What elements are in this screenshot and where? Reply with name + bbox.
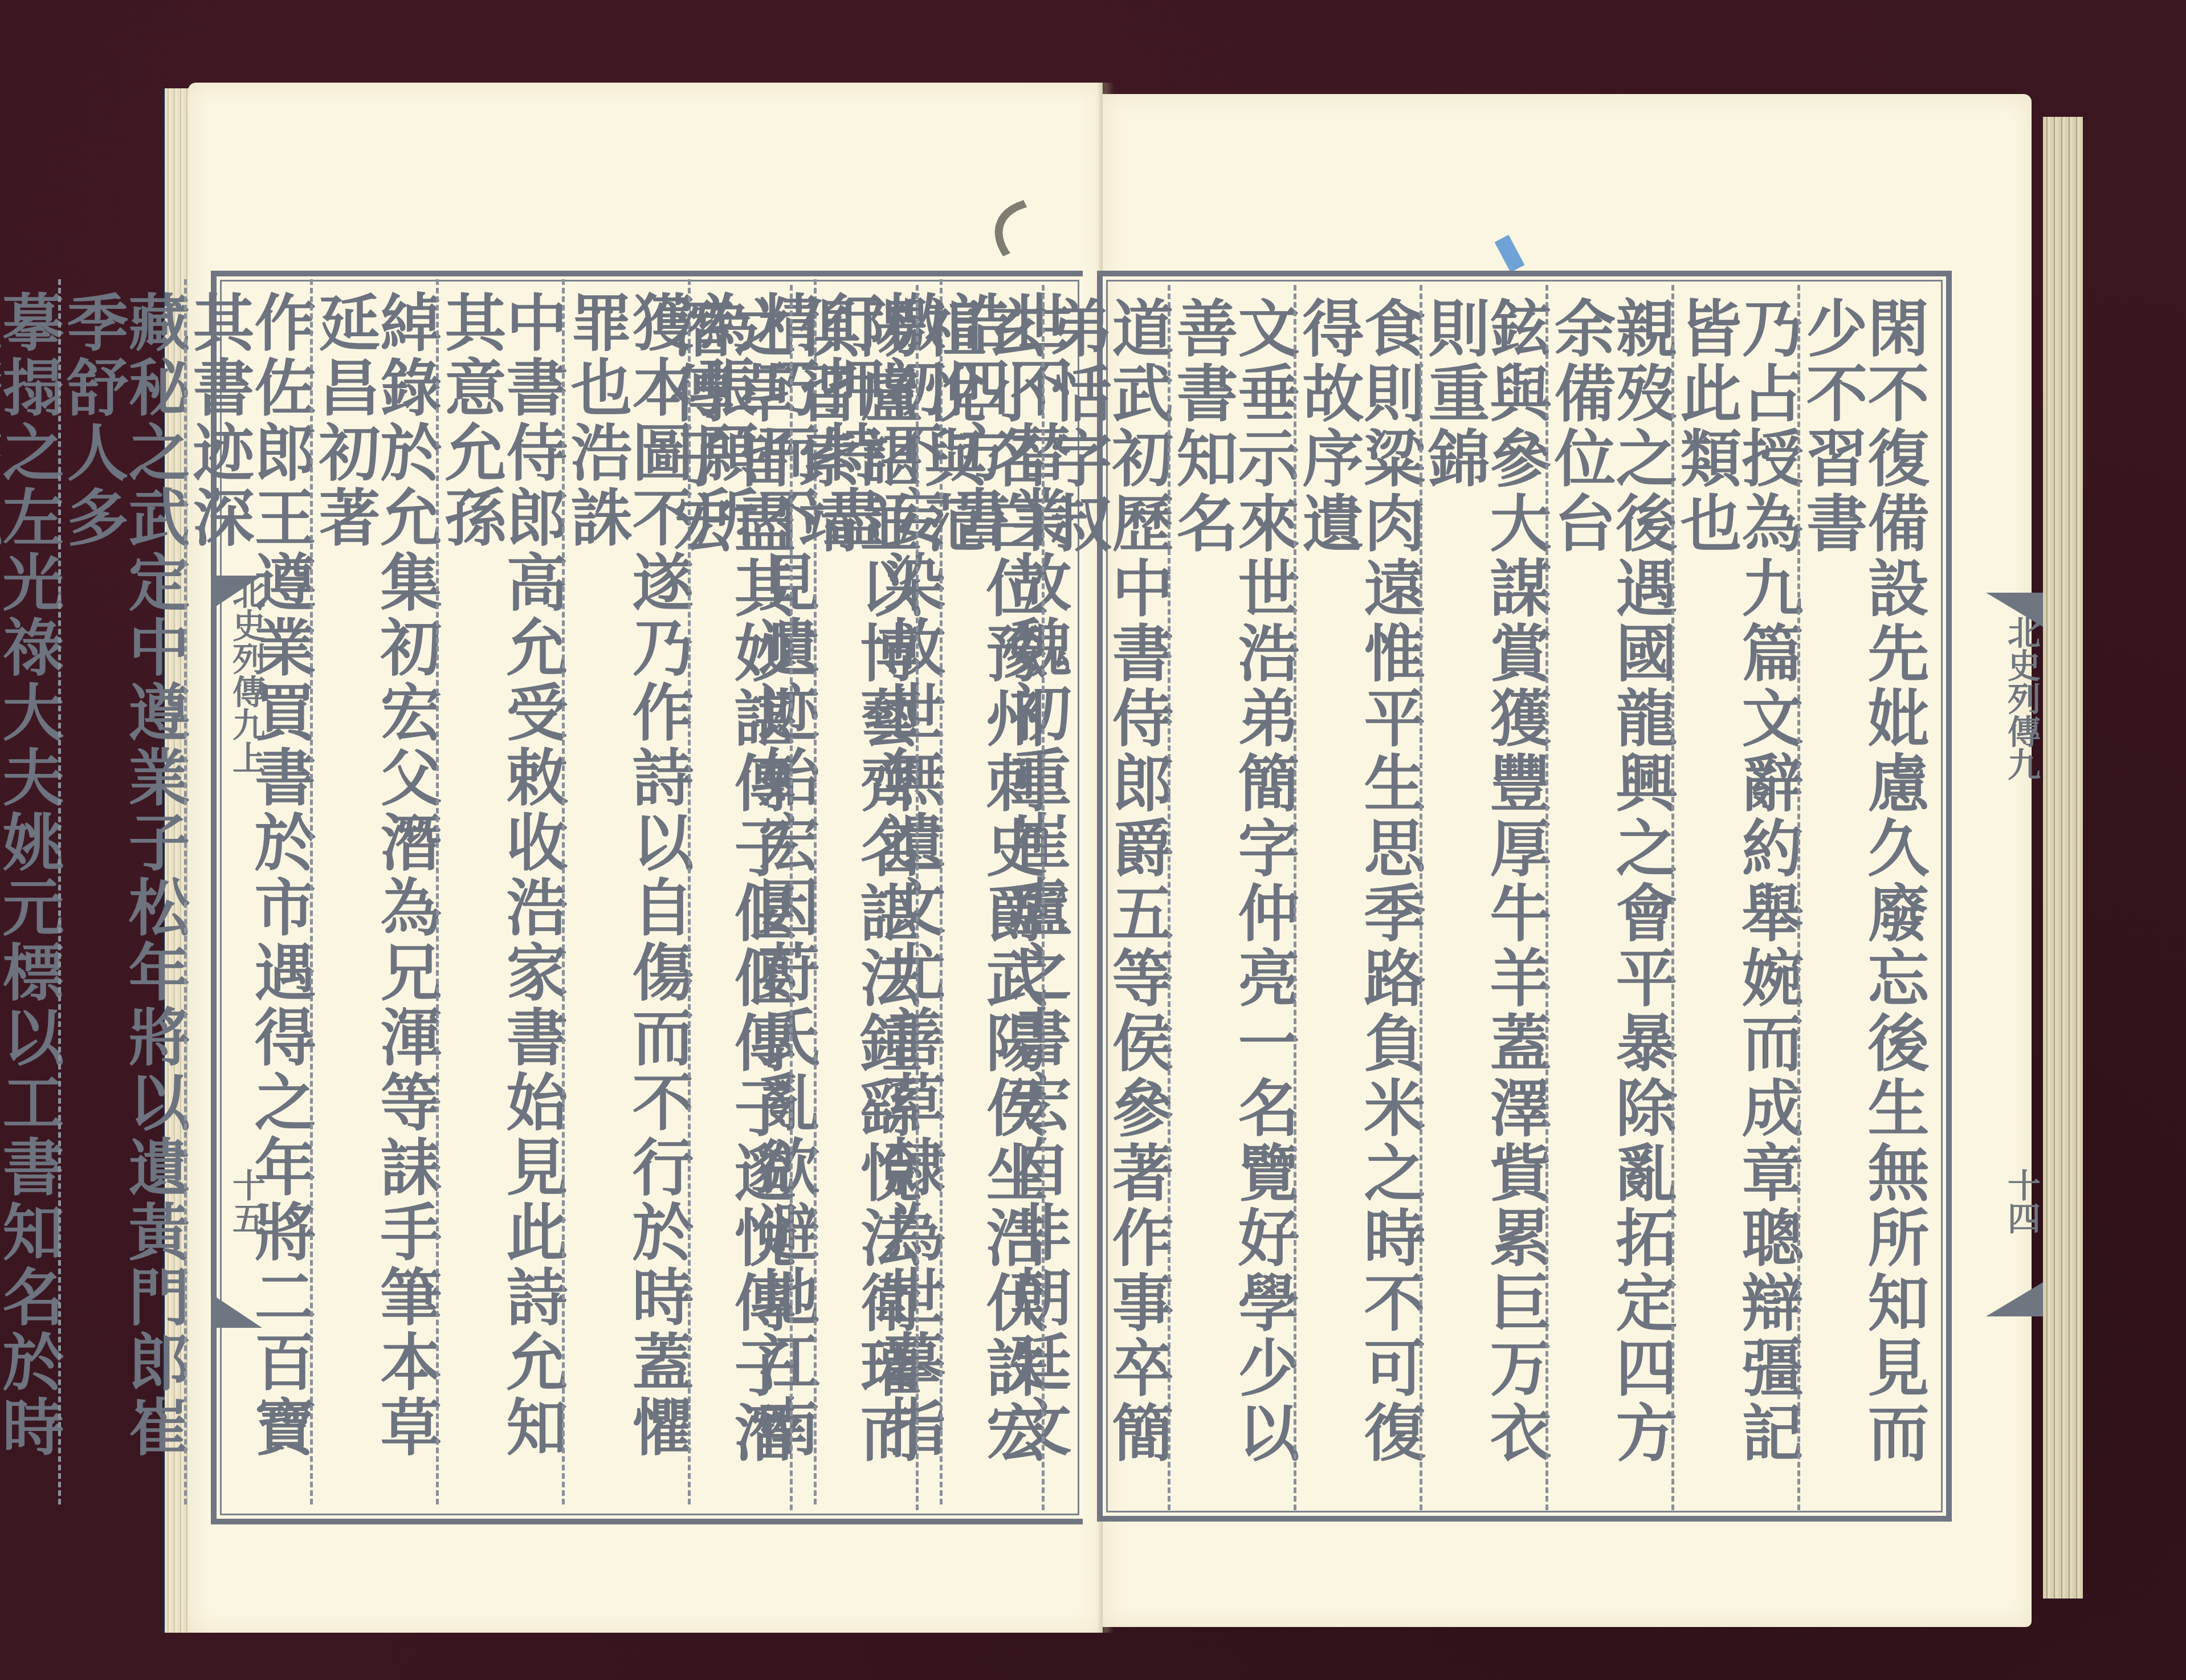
text-column: 綽錄於允集初宏父潛為兄渾等誄手筆本草延昌初著 bbox=[310, 279, 436, 1504]
open-book: 北史列傳九上 十五 世不替業故魏初重崔盧之書宏自非朝廷文誥四方書 檄初不妄染故世… bbox=[162, 83, 2083, 1638]
text-column: 乃占授為九篇文辭約舉婉而成章聰辯彊記皆此類也 bbox=[1671, 285, 1797, 1510]
text-column: 鉉與參大謀賞獲豐厚牛羊蓋澤貲累巨万衣則重錦 bbox=[1420, 285, 1545, 1510]
fish-tail-mark-bottom bbox=[1986, 1282, 2043, 1316]
text-column: 摹搨之左光祿大夫姚元標以工書知名於時見潛書以 bbox=[0, 279, 58, 1504]
text-columns: 閑不復備設先妣慮久廢忘後生無所知見而少不習書 乃占授為九篇文辭約舉婉而成章聰辯彊… bbox=[1120, 285, 1923, 1510]
text-column: 玄小名白位豫州刺史爵武陽侯坐浩伏誅宏祖悅與范 bbox=[916, 285, 1042, 1510]
text-column: 食則粱肉遠惟平生思季路負米之時不可復得故序遺 bbox=[1294, 285, 1420, 1510]
fold-title: 北史列傳九 bbox=[1997, 615, 2045, 781]
page-edges-right bbox=[2043, 117, 2083, 1599]
text-column: 道武初歷中書侍郎爵五等侯參著作事卒簡弟恬字叔 bbox=[1042, 285, 1168, 1510]
text-column: 閑不復備設先妣慮久廢忘後生無所知見而少不習書 bbox=[1797, 285, 1923, 1510]
fold-page-number: 十四 bbox=[1997, 1168, 2045, 1234]
text-column: 陽盧諶並以博藝齊名諶法鍾繇悅法衛瓘而俱習索靖 bbox=[790, 285, 916, 1510]
blue-ink-mark bbox=[1495, 235, 1525, 272]
text-column: 文垂示來世浩弟簡字仲亮一名覽好學少以善書知名 bbox=[1168, 285, 1294, 1510]
text-column: 作佐郎王遵業買書於市遇得之年將二百寶其書迹深 bbox=[184, 279, 310, 1504]
text-column: 中書侍郎高允受敕收浩家書始見此詩允知其意允孫 bbox=[436, 279, 562, 1504]
text-column: 親歿之後遇國龍興之會平暴除亂拓定四方余備位台 bbox=[1545, 285, 1671, 1510]
text-column: 藏秘之武定中遵業子松年將以遺黃門郎崔季舒人多 bbox=[58, 279, 184, 1504]
text-column: 之草皆盡其妙諶傳子偃偃傳子邈悅傳子潛潛傳子宏 bbox=[667, 285, 790, 1510]
right-page: 閑不復備設先妣慮久廢忘後生無所知見而少不習書 乃占授為九篇文辭約舉婉而成章聰辯彊… bbox=[1103, 94, 2032, 1627]
